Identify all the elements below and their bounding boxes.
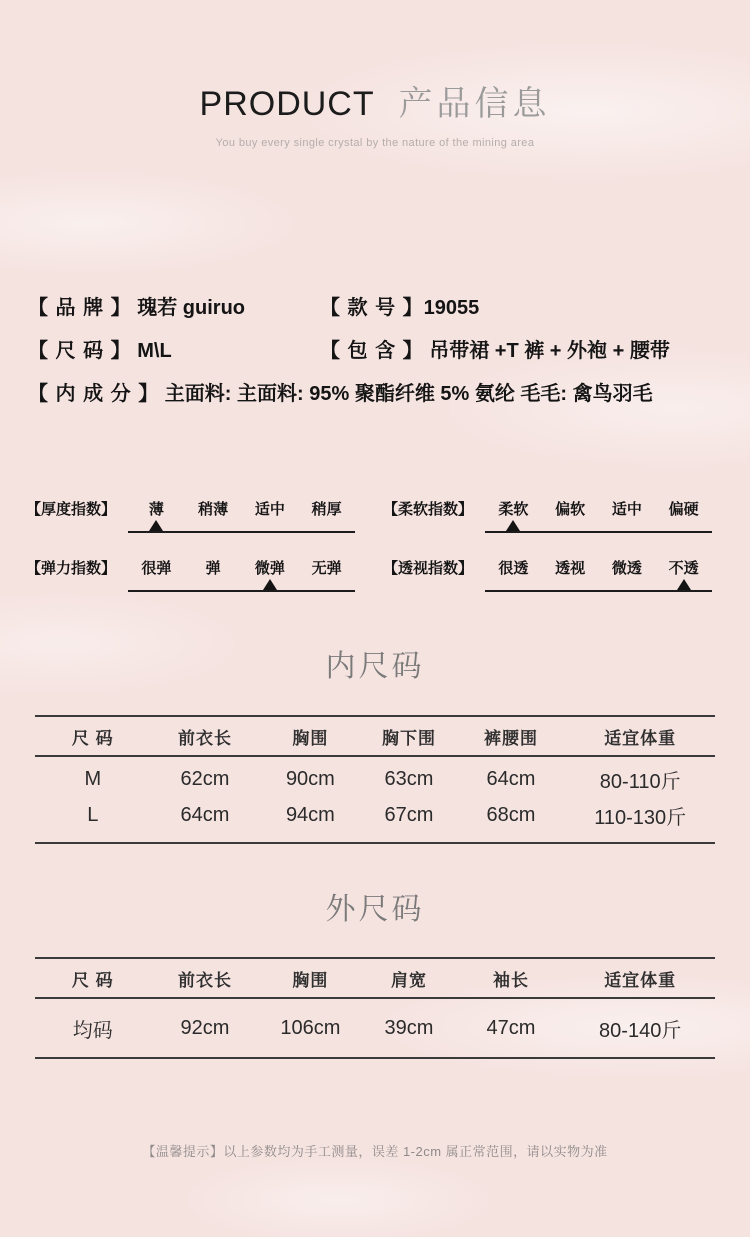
size-cell: M bbox=[35, 756, 151, 797]
scale-options: 薄 稍薄 适中 稍厚 bbox=[128, 500, 355, 520]
scale-option: 适中 bbox=[599, 500, 656, 520]
attribute-line-size-contents: 【 尺 码 】 M\L 【 包 含 】 吊带裙 +T 裤 + 外袍 + 腰带 bbox=[28, 338, 722, 364]
header-cell: 肩宽 bbox=[361, 958, 456, 998]
size-cell: 64cm bbox=[457, 756, 566, 797]
attribute-label: 【 款 号 】 bbox=[320, 297, 424, 319]
scale-label: 【弹力指数】 bbox=[26, 559, 116, 579]
attribute-value: 吊带裙 +T 裤 + 外袍 + 腰带 bbox=[429, 340, 670, 362]
attribute-composition: 【 内 成 分 】 主面料: 主面料: 95% 聚酯纤维 5% 氨纶 毛毛: 禽… bbox=[28, 381, 653, 407]
table-row: M 62cm 90cm 63cm 64cm 80-110斤 bbox=[35, 756, 715, 797]
scale-option: 弹 bbox=[185, 559, 242, 579]
triangle-marker-icon bbox=[149, 520, 163, 531]
size-cell: 110-130斤 bbox=[565, 797, 715, 843]
page-title: PRODUCT 产品信息 bbox=[0, 84, 750, 124]
size-cell: 47cm bbox=[457, 998, 566, 1058]
table-row: 均码 92cm 106cm 39cm 47cm 80-140斤 bbox=[35, 998, 715, 1058]
product-info-page: PRODUCT 产品信息 You buy every single crysta… bbox=[0, 0, 750, 1237]
triangle-marker-icon bbox=[263, 579, 277, 590]
size-cell: 39cm bbox=[361, 998, 456, 1058]
scale-option: 微弹 bbox=[242, 559, 299, 579]
header-cell: 袖长 bbox=[457, 958, 566, 998]
footer-note: 【温馨提示】以上参数均为手工测量，误差 1-2cm 属正常范围，请以实物为准 bbox=[0, 1141, 750, 1160]
attribute-value: 瑰若 guiruo bbox=[137, 297, 245, 319]
header-cell: 胸下围 bbox=[361, 716, 456, 756]
inner-size-title: 内尺码 bbox=[0, 641, 750, 685]
scale-option: 微透 bbox=[599, 559, 656, 579]
scale-transparency: 【透视指数】 很透 透视 微透 不透 bbox=[383, 559, 712, 592]
header-cell: 尺 码 bbox=[35, 716, 151, 756]
outer-size-table-wrap: 尺 码 前衣长 胸围 肩宽 袖长 适宜体重 均码 92cm 106cm 39cm bbox=[0, 957, 750, 1059]
size-cell: 68cm bbox=[457, 797, 566, 843]
outer-size-table: 尺 码 前衣长 胸围 肩宽 袖长 适宜体重 均码 92cm 106cm 39cm bbox=[35, 957, 715, 1059]
header-cell: 胸围 bbox=[259, 716, 361, 756]
index-scales: 【厚度指数】 薄 稍薄 适中 稍厚 【柔软指数】 bbox=[0, 500, 750, 592]
attribute-size: 【 尺 码 】 M\L bbox=[28, 338, 320, 364]
scale-body: 薄 稍薄 适中 稍厚 bbox=[128, 500, 355, 533]
scale-options: 很弹 弹 微弹 无弹 bbox=[128, 559, 355, 579]
scale-option: 无弹 bbox=[298, 559, 355, 579]
scale-elasticity: 【弹力指数】 很弹 弹 微弹 无弹 bbox=[26, 559, 355, 592]
header-cell: 适宜体重 bbox=[565, 958, 715, 998]
scale-track bbox=[485, 520, 712, 533]
header-cell: 适宜体重 bbox=[565, 716, 715, 756]
scale-option: 不透 bbox=[655, 559, 712, 579]
scale-option: 柔软 bbox=[485, 500, 542, 520]
scale-option: 适中 bbox=[242, 500, 299, 520]
scale-body: 柔软 偏软 适中 偏硬 bbox=[485, 500, 712, 533]
triangle-marker-icon bbox=[506, 520, 520, 531]
attribute-line-brand-model: 【 品 牌 】 瑰若 guiruo 【 款 号 】19055 bbox=[28, 295, 722, 321]
scale-option: 很透 bbox=[485, 559, 542, 579]
scale-option: 薄 bbox=[128, 500, 185, 520]
header-cell: 前衣长 bbox=[151, 958, 260, 998]
table-header-row: 尺 码 前衣长 胸围 胸下围 裤腰围 适宜体重 bbox=[35, 716, 715, 756]
size-cell: 90cm bbox=[259, 756, 361, 797]
scale-thickness: 【厚度指数】 薄 稍薄 适中 稍厚 bbox=[26, 500, 355, 533]
table-row: L 64cm 94cm 67cm 68cm 110-130斤 bbox=[35, 797, 715, 843]
scale-options: 柔软 偏软 适中 偏硬 bbox=[485, 500, 712, 520]
scale-label: 【柔软指数】 bbox=[383, 500, 473, 520]
scale-option: 稍厚 bbox=[298, 500, 355, 520]
scale-option: 偏硬 bbox=[655, 500, 712, 520]
scale-label: 【透视指数】 bbox=[383, 559, 473, 579]
attribute-value: 主面料: 主面料: 95% 聚酯纤维 5% 氨纶 毛毛: 禽鸟羽毛 bbox=[165, 383, 653, 405]
scale-option: 稍薄 bbox=[185, 500, 242, 520]
scale-track bbox=[128, 520, 355, 533]
scale-track bbox=[485, 579, 712, 592]
inner-size-table: 尺 码 前衣长 胸围 胸下围 裤腰围 适宜体重 M 62cm 90cm 63cm bbox=[35, 715, 715, 844]
header: PRODUCT 产品信息 You buy every single crysta… bbox=[0, 0, 750, 149]
scale-label: 【厚度指数】 bbox=[26, 500, 116, 520]
size-cell: 80-140斤 bbox=[565, 998, 715, 1058]
triangle-marker-icon bbox=[677, 579, 691, 590]
header-cell: 尺 码 bbox=[35, 958, 151, 998]
scale-body: 很弹 弹 微弹 无弹 bbox=[128, 559, 355, 592]
inner-size-table-wrap: 尺 码 前衣长 胸围 胸下围 裤腰围 适宜体重 M 62cm 90cm 63cm bbox=[0, 715, 750, 844]
attribute-label: 【 包 含 】 bbox=[320, 340, 424, 362]
footer: 【温馨提示】以上参数均为手工测量，误差 1-2cm 属正常范围，请以实物为准 bbox=[0, 1141, 750, 1160]
attribute-value: 19055 bbox=[424, 297, 480, 319]
attribute-value: M\L bbox=[137, 340, 171, 362]
header-cell: 裤腰围 bbox=[457, 716, 566, 756]
scale-option: 很弹 bbox=[128, 559, 185, 579]
header-cell: 胸围 bbox=[259, 958, 361, 998]
scale-softness: 【柔软指数】 柔软 偏软 适中 偏硬 bbox=[383, 500, 712, 533]
scale-option: 透视 bbox=[542, 559, 599, 579]
outer-size-title: 外尺码 bbox=[0, 884, 750, 928]
size-cell: 63cm bbox=[361, 756, 456, 797]
size-cell: 62cm bbox=[151, 756, 260, 797]
size-cell: 80-110斤 bbox=[565, 756, 715, 797]
page-title-en: PRODUCT bbox=[200, 85, 375, 123]
size-cell: 均码 bbox=[35, 998, 151, 1058]
size-cell: 94cm bbox=[259, 797, 361, 843]
size-cell: 67cm bbox=[361, 797, 456, 843]
size-cell: L bbox=[35, 797, 151, 843]
scale-option: 偏软 bbox=[542, 500, 599, 520]
attribute-model: 【 款 号 】19055 bbox=[320, 295, 479, 321]
size-cell: 64cm bbox=[151, 797, 260, 843]
size-cell: 106cm bbox=[259, 998, 361, 1058]
attribute-contents: 【 包 含 】 吊带裙 +T 裤 + 外袍 + 腰带 bbox=[320, 338, 670, 364]
attribute-label: 【 品 牌 】 bbox=[28, 297, 132, 319]
header-cell: 前衣长 bbox=[151, 716, 260, 756]
page-title-zh: 产品信息 bbox=[398, 85, 550, 123]
header-subtitle: You buy every single crystal by the natu… bbox=[0, 137, 750, 149]
attribute-brand: 【 品 牌 】 瑰若 guiruo bbox=[28, 295, 320, 321]
attribute-line-composition: 【 内 成 分 】 主面料: 主面料: 95% 聚酯纤维 5% 氨纶 毛毛: 禽… bbox=[28, 381, 722, 407]
attribute-label: 【 内 成 分 】 bbox=[28, 383, 159, 405]
attribute-label: 【 尺 码 】 bbox=[28, 340, 132, 362]
scale-options: 很透 透视 微透 不透 bbox=[485, 559, 712, 579]
scale-track bbox=[128, 579, 355, 592]
product-attributes: 【 品 牌 】 瑰若 guiruo 【 款 号 】19055 【 尺 码 】 M… bbox=[0, 295, 750, 407]
table-header-row: 尺 码 前衣长 胸围 肩宽 袖长 适宜体重 bbox=[35, 958, 715, 998]
scale-body: 很透 透视 微透 不透 bbox=[485, 559, 712, 592]
size-cell: 92cm bbox=[151, 998, 260, 1058]
